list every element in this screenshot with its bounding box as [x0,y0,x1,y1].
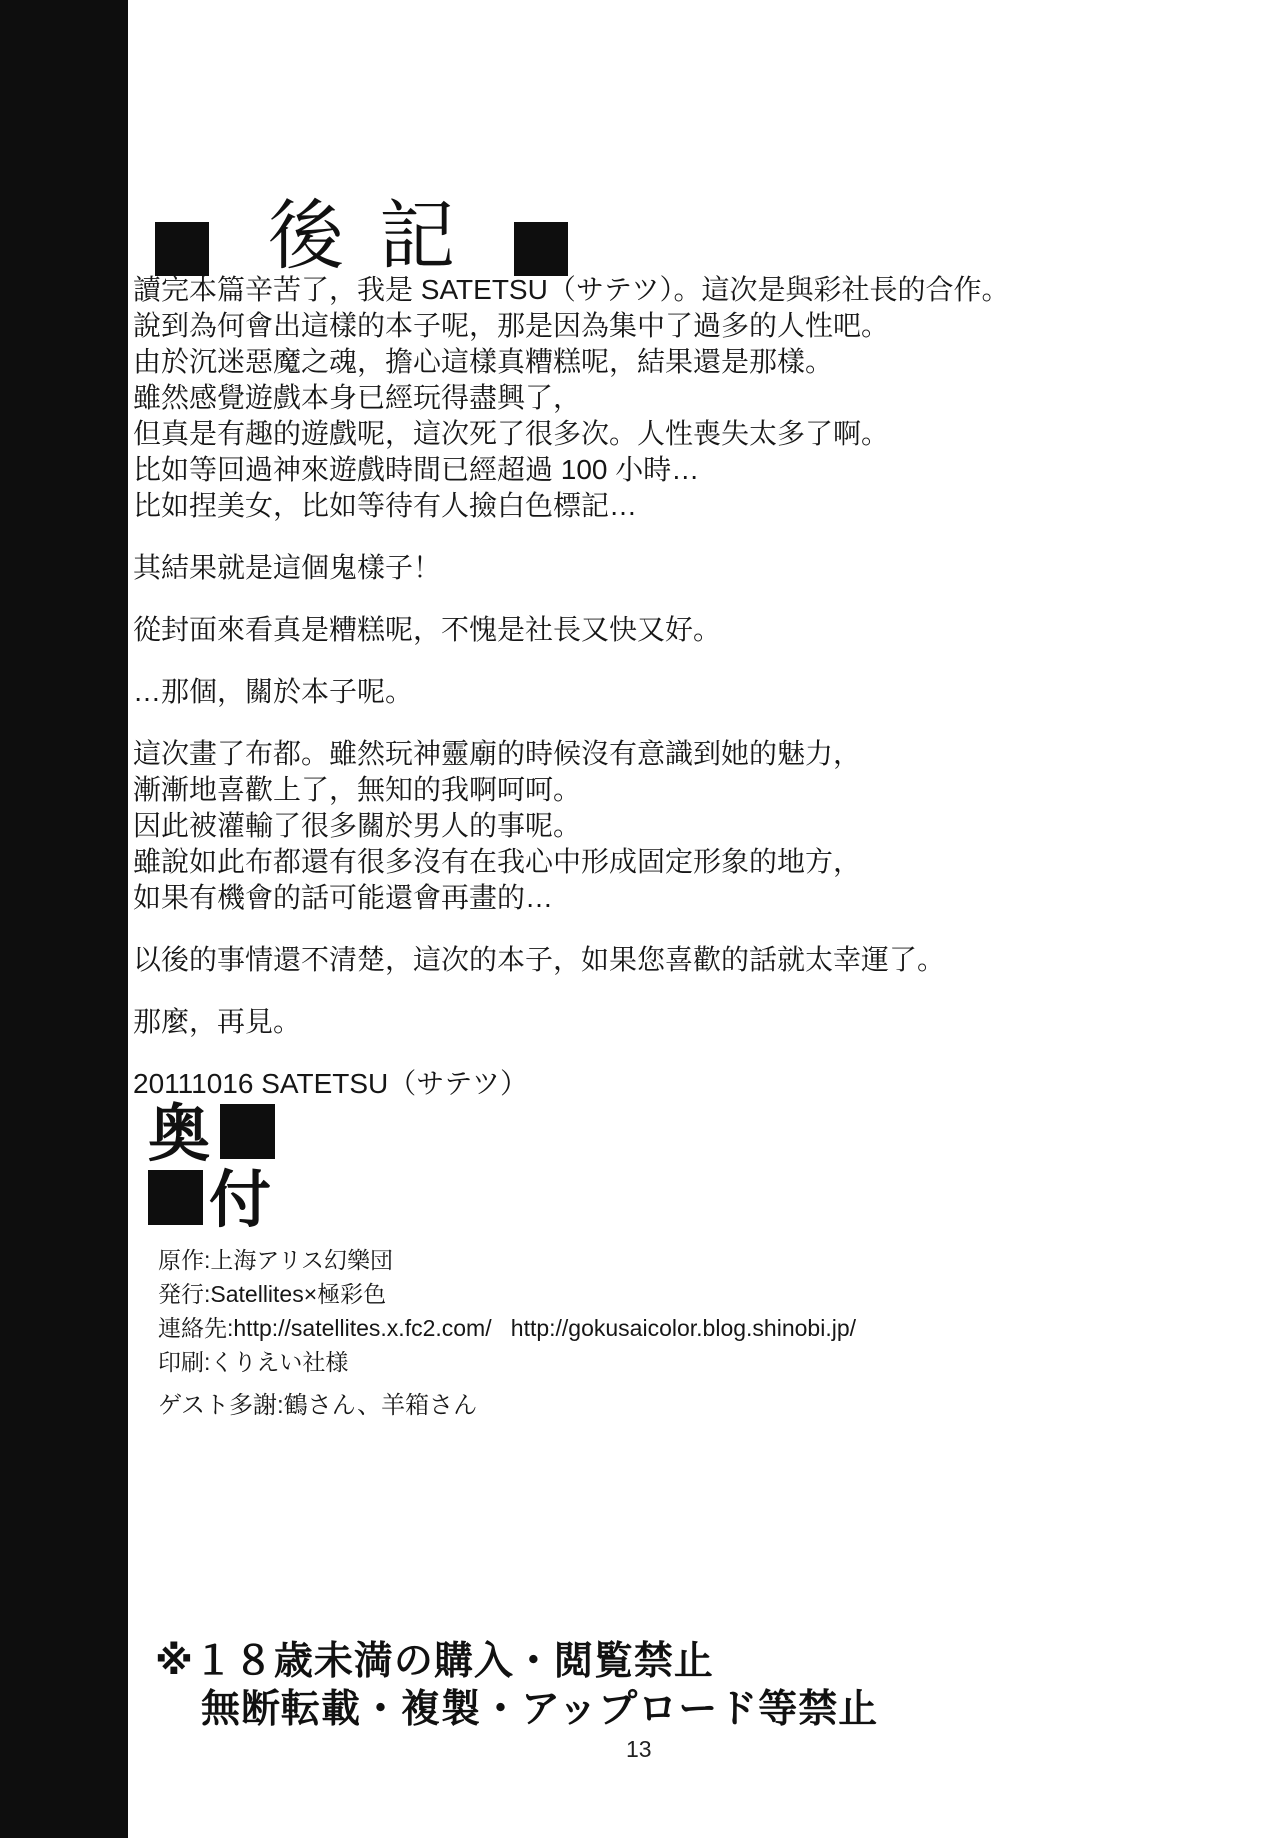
afterword-blank-line [133,586,1010,612]
afterword-line: 從封面來看真是糟糕呢，不愧是社長又快又好。 [133,612,1010,648]
afterword-line: 比如等回過神來遊戲時間已經超過 100 小時… [133,452,1010,488]
colophon-contact-urls: 連絡先:http://satellites.x.fc2.com/ http://… [158,1311,856,1345]
colophon-heading-line1: 奥 [148,1102,275,1168]
black-square-icon [148,1170,203,1225]
afterword-line: 比如捏美女，比如等待有人撿白色標記… [133,488,1010,524]
afterword-blank-line [133,648,1010,674]
afterword-line: 由於沉迷惡魔之魂，擔心這樣真糟糕呢，結果還是那樣。 [133,344,1010,380]
colophon-heading: 奥 付 [148,1102,275,1234]
colophon-publisher: 発行:Satellites×極彩色 [158,1277,856,1311]
afterword-line: 這次畫了布都。雖然玩神靈廟的時候沒有意識到她的魅力， [133,736,1010,772]
afterword-line: 因此被灌輸了很多關於男人的事呢。 [133,808,1010,844]
left-black-margin-bar [0,0,128,1838]
afterword-line: 但真是有趣的遊戲呢，這次死了很多次。人性喪失太多了啊。 [133,416,1010,452]
black-square-icon [155,222,209,276]
warning-line-age: ※１８歳未満の購入・閲覧禁止 [155,1638,878,1686]
afterword-blank-line [133,1040,1010,1066]
colophon-heading-char2: 付 [209,1166,271,1235]
page-title: 後記 [268,194,490,280]
colophon-guest-thanks: ゲスト多謝:鶴さん、羊箱さん [158,1389,856,1423]
afterword-line: 漸漸地喜歡上了，無知的我啊呵呵。 [133,772,1010,808]
afterword-blank-line [133,978,1010,1004]
afterword-blank-line [133,524,1010,550]
afterword-blank-line [133,916,1010,942]
colophon-heading-line2: 付 [148,1168,275,1234]
afterword-line: 說到為何會出這樣的本子呢，那是因為集中了過多的人性吧。 [133,308,1010,344]
black-square-icon [514,222,568,276]
afterword-line: 讀完本篇辛苦了，我是 SATETSU（サテツ）。這次是與彩社長的合作。 [133,272,1010,308]
page-number: 13 [626,1736,652,1762]
afterword-line: 如果有機會的話可能還會再畫的… [133,880,1010,916]
warning-line-reproduction: 無断転載・複製・アップロード等禁止 [201,1686,878,1734]
colophon-printer: 印刷:くりえい社様 [158,1345,856,1379]
afterword-line: 其結果就是這個鬼樣子！ [133,550,1010,586]
age-restriction-warning: ※１８歳未満の購入・閲覧禁止 無断転載・複製・アップロード等禁止 [155,1638,878,1734]
colophon-heading-char1: 奥 [148,1100,210,1169]
afterword-line: 雖說如此布都還有很多沒有在我心中形成固定形象的地方， [133,844,1010,880]
afterword-line: 以後的事情還不清楚，這次的本子，如果您喜歡的話就太幸運了。 [133,942,1010,978]
afterword-text-block: 讀完本篇辛苦了，我是 SATETSU（サテツ）。這次是與彩社長的合作。 說到為何… [133,272,1010,1102]
colophon-original-work: 原作:上海アリス幻樂団 [158,1243,856,1277]
afterword-line: …那個，關於本子呢。 [133,674,1010,710]
colophon-credits: 原作:上海アリス幻樂団 発行:Satellites×極彩色 連絡先:http:/… [158,1243,856,1423]
afterword-blank-line [133,710,1010,736]
afterword-line: 雖然感覺遊戲本身已經玩得盡興了， [133,380,1010,416]
black-square-icon [220,1104,275,1159]
afterword-line: 那麼，再見。 [133,1004,1010,1040]
afterword-date-signature: 20111016 SATETSU（サテツ） [133,1066,1010,1102]
